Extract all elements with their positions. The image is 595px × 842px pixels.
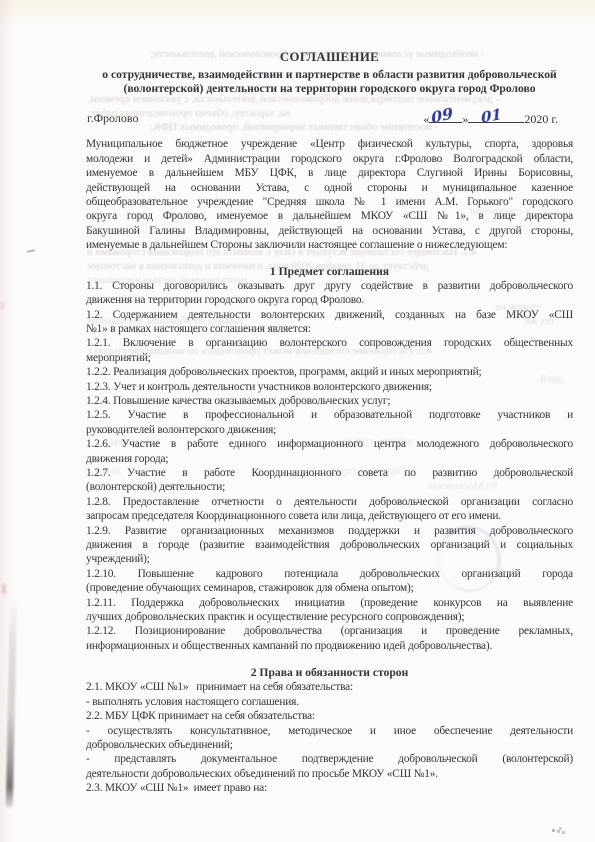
document-line: движения в городе (развитие взаимодейств…: [86, 538, 573, 552]
document-line: 2.3. МКОУ «СШ №1» имеет право на:: [86, 781, 573, 795]
document-line: - осуществлять консультативное, методиче…: [86, 724, 573, 738]
document-line: деятельности добровольческих объединений…: [86, 767, 573, 781]
document-line: общеобразовательное учреждение "Средняя …: [86, 195, 573, 209]
scanned-document-page: - необходимые условия осуществления добр…: [0, 0, 595, 842]
date-row: г.Фролово «»2020 г. 09 01: [86, 111, 573, 129]
section-heading: 1 Предмет соглашения: [86, 265, 573, 279]
handwritten-month: 01: [481, 105, 503, 127]
document-line: - выполнять условия настоящего соглашени…: [86, 695, 573, 709]
document-line: №1» в рамках настоящего соглашения являе…: [86, 322, 573, 336]
document-line: добровольческих объединений;: [86, 738, 573, 752]
document-line: 1.2.11. Поддержка добровольческих инициа…: [86, 596, 573, 610]
document-sections: 1 Предмет соглашения1.1. Стороны договор…: [86, 265, 573, 796]
pink-smudge: [2, 584, 6, 594]
document-title: СОГЛАШЕНИЕ: [86, 50, 573, 65]
document-line: 1.2.1. Включение в организацию волонтерс…: [86, 336, 573, 350]
document-line: движения города;: [86, 452, 573, 466]
preamble-paragraph: Муниципальное бюджетное учреждение «Цент…: [86, 137, 573, 252]
document-line: 1.2.2. Реализация добровольческих проект…: [86, 365, 573, 379]
document-line: 1.2.12. Позиционирование добровольчества…: [86, 624, 573, 638]
document-line: 1.2.10. Повышение кадрового потенциала д…: [86, 567, 573, 581]
place-label: г.Фролово: [87, 111, 138, 126]
document-line: лучших добровольческих практик и осущест…: [86, 610, 573, 624]
document-line: 1.2.9. Развитие организационных механизм…: [86, 524, 573, 538]
pen-dash-mark: [27, 249, 35, 252]
document-line: 1.2.3. Учет и контроль деятельности учас…: [86, 380, 573, 394]
pink-smudge-small: [1, 302, 4, 309]
document-subtitle: о сотрудничестве, взаимодействии и партн…: [86, 68, 573, 96]
document-line: 1.2.6. Участие в работе единого информац…: [86, 437, 573, 451]
document-line: запросам председателя Координационного с…: [86, 509, 573, 523]
document-line: молодежи и детей» Администрации городско…: [86, 152, 573, 166]
document-line: 1.1. Стороны договорились оказывать друг…: [86, 279, 573, 293]
document-line: именуемые в дальнейшем Стороны заключили…: [86, 238, 573, 252]
scan-streak-left-edge: [6, 594, 17, 808]
document-line: 1.2.4. Повышение качества оказываемых до…: [86, 394, 573, 408]
document-line: (проведение обучающих семинаров, стажиро…: [86, 581, 573, 595]
section-heading: 2 Права и обязанности сторон: [86, 666, 573, 680]
document-content: СОГЛАШЕНИЕ о сотрудничестве, взаимодейст…: [86, 0, 573, 796]
document-line: действующей на основании Устава, с одной…: [86, 181, 573, 195]
document-line: - представлять документальное подтвержде…: [86, 752, 573, 766]
document-line: (волонтерской) деятельности;: [86, 480, 573, 494]
document-line: движения на территории городского округа…: [86, 293, 573, 307]
handwritten-day: 09: [430, 104, 454, 128]
document-line: 1.2.7. Участие в работе Координационного…: [86, 466, 573, 480]
document-line: Бакушиной Галины Владимировны, действующ…: [86, 224, 573, 238]
document-line: учреждений);: [86, 552, 573, 566]
document-line: 1.2. Содержанием деятельности волонтерск…: [86, 308, 573, 322]
document-line: 1.2.5. Участие в профессиональной и обра…: [86, 408, 573, 422]
document-line: Муниципальное бюджетное учреждение «Цент…: [86, 137, 573, 151]
document-line: 2.1. МКОУ «СШ №1» принимает на себя обяз…: [86, 680, 573, 694]
document-line: информационных и общественных кампаний п…: [86, 639, 573, 653]
document-line: именуемое в дальнейшем МБУ ЦФК, в лице д…: [86, 166, 573, 180]
subtitle-line-2: (волонтерской) деятельности на территори…: [86, 82, 573, 96]
document-line: руководителей волонтерского движения;: [86, 423, 573, 437]
document-line: 1.2.8. Предоставление отчетности о деяте…: [86, 495, 573, 509]
document-line: мероприятий;: [86, 351, 573, 365]
document-line: 2.2. МБУ ЦФК принимает на себя обязатель…: [86, 709, 573, 723]
date-group: «»2020 г. 09 01: [423, 111, 558, 127]
corner-scan-mark: [552, 829, 555, 832]
date-year: 2020 г.: [524, 112, 558, 126]
document-line: округа город Фролово, именуемое в дальне…: [86, 209, 573, 223]
subtitle-line-1: о сотрудничестве, взаимодействии и партн…: [86, 68, 573, 82]
